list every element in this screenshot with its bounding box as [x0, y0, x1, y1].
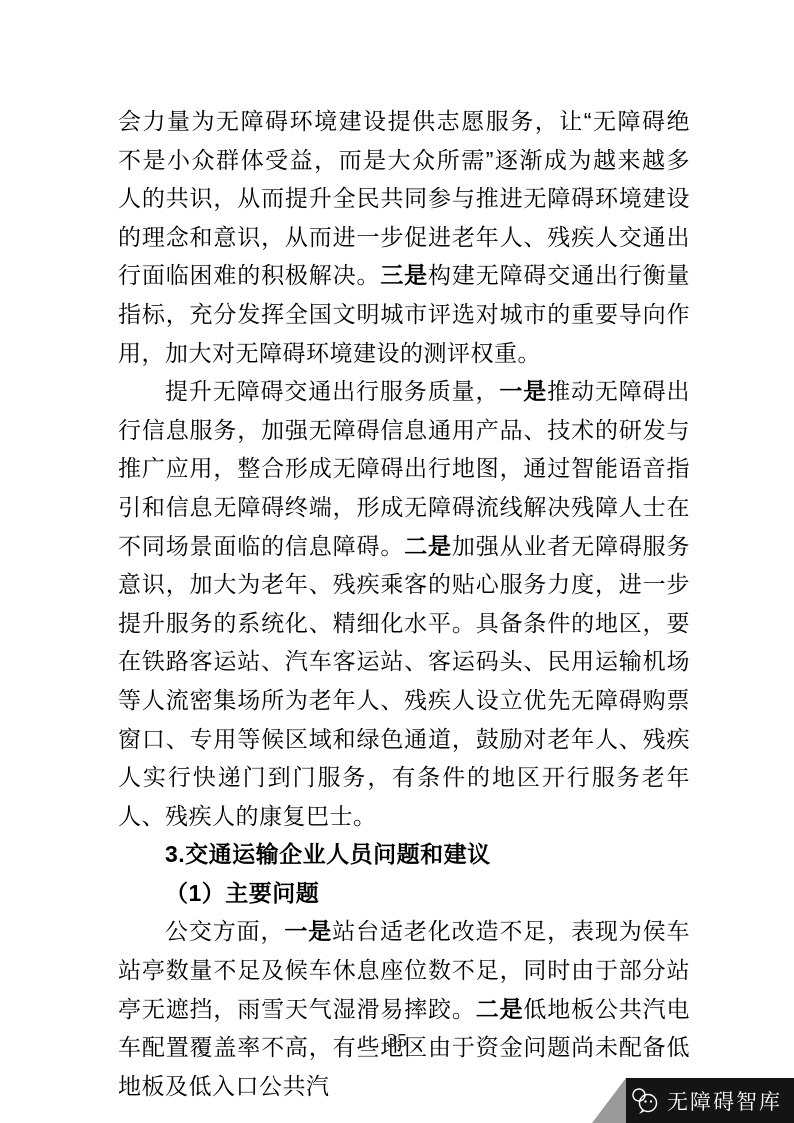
text-run: 二是: [476, 996, 524, 1022]
text-run: （1）主要问题: [165, 880, 319, 906]
text-run: 一是: [499, 378, 547, 404]
text-run: 公交方面，: [165, 918, 284, 944]
text-run: 一是: [284, 918, 332, 944]
watermark-text: 无障碍智库: [667, 1086, 782, 1116]
paragraph: 提升无障碍交通出行服务质量，一是推动无障碍出行信息服务，加强无障碍信息通用产品、…: [118, 372, 690, 835]
text-run: 加强从业者无障碍服务意识，加大为老年、残疾乘客的贴心服务力度，进一步提升服务的系…: [118, 533, 690, 829]
text-run: 3.交通运输企业人员问题和建议: [165, 841, 491, 867]
text-run: 提升无障碍交通出行服务质量，: [165, 378, 499, 404]
text-run: 三是: [380, 262, 428, 288]
document-body: 会力量为无障碍环境建设提供志愿服务，让“无障碍绝不是小众群体受益，而是大众所需”…: [118, 102, 690, 1105]
heading: 3.交通运输企业人员问题和建议: [118, 835, 690, 874]
text-run: 推动无障碍出行信息服务，加强无障碍信息通用产品、技术的研发与推广应用，整合形成无…: [118, 378, 690, 558]
paragraph: 公交方面，一是站台适老化改造不足，表现为侯车站亭数量不足及候车休息座位数不足，同…: [118, 912, 690, 1105]
watermark-bar: 无障碍智库: [626, 1078, 794, 1123]
paragraph: 会力量为无障碍环境建设提供志愿服务，让“无障碍绝不是小众群体受益，而是大众所需”…: [118, 102, 690, 372]
page-number: 35: [0, 1030, 794, 1053]
document-page: 会力量为无障碍环境建设提供志愿服务，让“无障碍绝不是小众群体受益，而是大众所需”…: [0, 0, 794, 1123]
heading: （1）主要问题: [118, 874, 690, 913]
text-run: 二是: [404, 533, 452, 559]
speech-bubble-logo-icon: [630, 1086, 660, 1116]
watermark-wedge-shape: [592, 1078, 626, 1123]
